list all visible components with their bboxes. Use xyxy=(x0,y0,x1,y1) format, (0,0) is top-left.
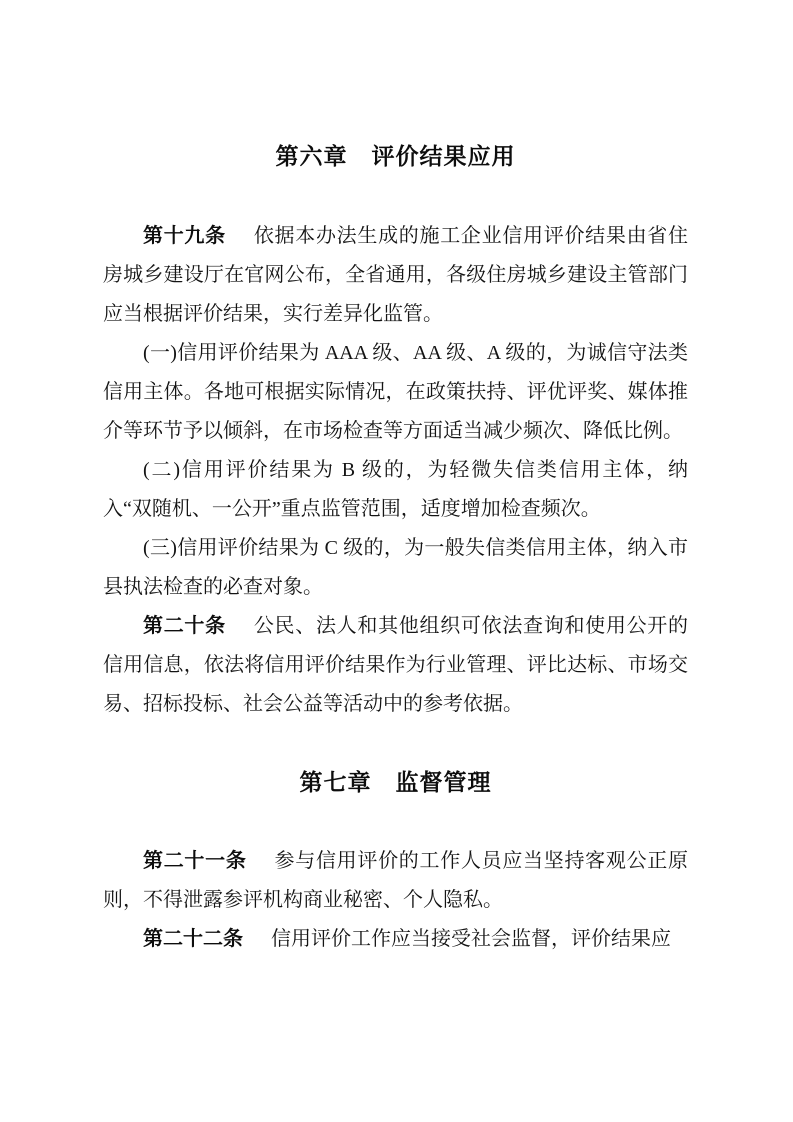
article-19-clause-3: (三)信用评价结果为 C 级的，为一般失信类信用主体，纳入市县执法检查的必查对象… xyxy=(103,529,688,607)
article-21-number: 第二十一条 xyxy=(143,850,247,872)
article-19-paragraph: 第十九条依据本办法生成的施工企业信用评价结果由省住房城乡建设厅在官网公布，全省通… xyxy=(103,217,688,334)
article-19-clause-1: (一)信用评价结果为 AAA 级、AA 级、A 级的，为诚信守法类信用主体。各地… xyxy=(103,334,688,451)
article-22-number: 第二十二条 xyxy=(143,928,243,950)
article-19-clause-2: (二)信用评价结果为 B 级的，为轻微失信类信用主体，纳入“双随机、一公开”重点… xyxy=(103,451,688,529)
clause-1-text: (一)信用评价结果为 AAA 级、AA 级、A 级的，为诚信守法类信用主体。各地… xyxy=(103,342,688,442)
chapter-7-heading: 第七章 监督管理 xyxy=(103,767,688,797)
article-19-number: 第十九条 xyxy=(143,225,226,247)
clause-2-text: (二)信用评价结果为 B 级的，为轻微失信类信用主体，纳入“双随机、一公开”重点… xyxy=(103,459,688,520)
article-20-paragraph: 第二十条公民、法人和其他组织可依法查询和使用公开的信用信息，依法将信用评价结果作… xyxy=(103,607,688,724)
chapter-6-heading: 第六章 评价结果应用 xyxy=(103,141,688,171)
article-22-text: 信用评价工作应当接受社会监督，评价结果应 xyxy=(271,928,671,950)
article-22-paragraph: 第二十二条信用评价工作应当接受社会监督，评价结果应 xyxy=(103,920,688,959)
clause-3-text: (三)信用评价结果为 C 级的，为一般失信类信用主体，纳入市县执法检查的必查对象… xyxy=(103,537,688,598)
document-page: 第六章 评价结果应用 第十九条依据本办法生成的施工企业信用评价结果由省住房城乡建… xyxy=(0,0,793,1122)
article-20-number: 第二十条 xyxy=(143,615,226,637)
article-21-paragraph: 第二十一条参与信用评价的工作人员应当坚持客观公正原则，不得泄露参评机构商业秘密、… xyxy=(103,842,688,920)
